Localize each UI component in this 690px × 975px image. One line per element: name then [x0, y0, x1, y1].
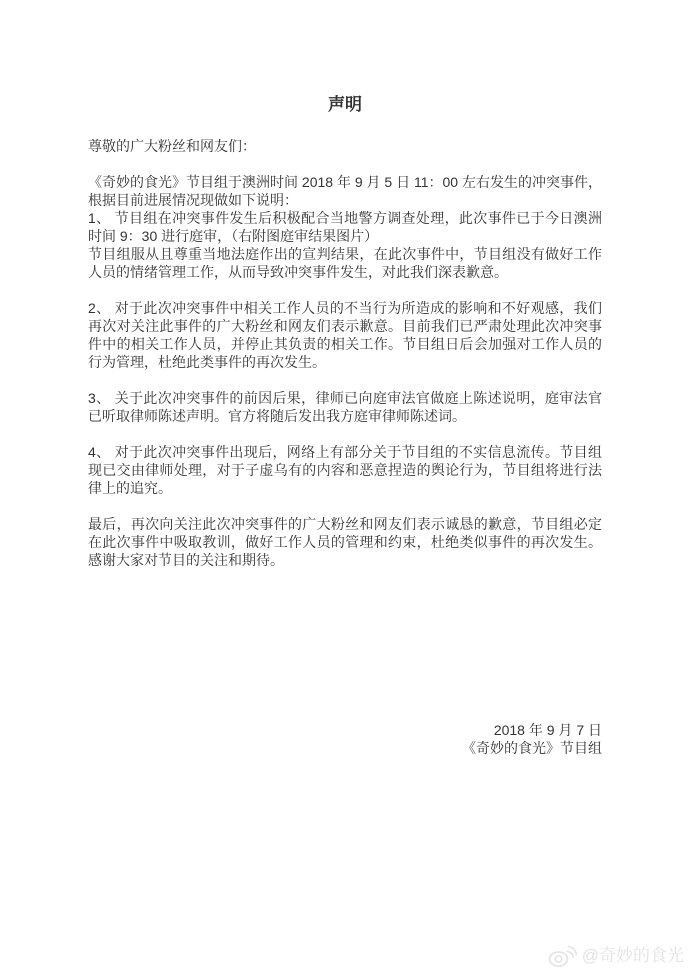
- greeting-line: 尊敬的广大粉丝和网友们：: [88, 137, 602, 155]
- weibo-watermark: @奇妙的食光: [547, 943, 684, 968]
- statement-document: 声明 尊敬的广大粉丝和网友们： 《奇妙的食光》节目组于澳洲时间 2018 年 9…: [0, 0, 690, 975]
- signature-block: 2018 年 9 月 7 日 《奇妙的食光》节目组: [88, 721, 602, 757]
- statement-signature: 《奇妙的食光》节目组: [88, 739, 602, 757]
- intro-paragraph: 《奇妙的食光》节目组于澳洲时间 2018 年 9 月 5 日 11：00 左右发…: [88, 173, 602, 209]
- weibo-logo-icon: [547, 943, 577, 968]
- item-2-paragraph: 2、 对于此次冲突事件中相关工作人员的不当行为所造成的影响和不好观感，我们再次对…: [88, 299, 602, 371]
- item-1-continuation-paragraph: 节目组服从且尊重当地法庭作出的宣判结果，在此次事件中，节目组没有做好工作人员的情…: [88, 245, 602, 281]
- document-title: 声明: [88, 95, 602, 115]
- item-1-paragraph: 1、 节目组在冲突事件发生后积极配合当地警方调查处理，此次事件已于今日澳洲时间 …: [88, 209, 602, 245]
- item-4-paragraph: 4、 对于此次冲突事件出现后，网络上有部分关于节目组的不实信息流传。节目组现已交…: [88, 443, 602, 497]
- item-3-paragraph: 3、 关于此次冲突事件的前因后果，律师已向庭审法官做庭上陈述说明，庭审法官已听取…: [88, 389, 602, 425]
- statement-date: 2018 年 9 月 7 日: [88, 721, 602, 739]
- closing-paragraph: 最后，再次向关注此次冲突事件的广大粉丝和网友们表示诚恳的歉意，节目组必定在此次事…: [88, 515, 602, 569]
- watermark-handle: @奇妙的食光: [582, 944, 684, 968]
